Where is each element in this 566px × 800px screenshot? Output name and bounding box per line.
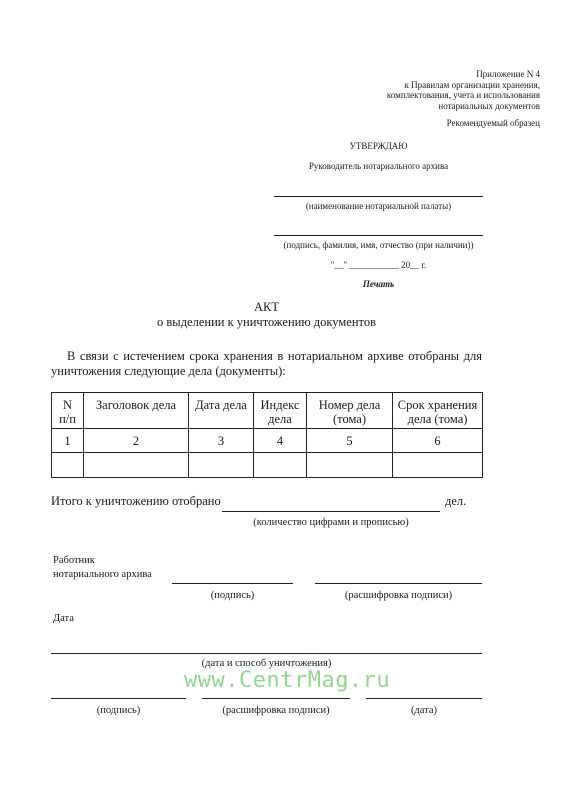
table-cell[interactable] [307, 453, 393, 478]
chamber-name-caption: (наименование нотариальной палаты) [274, 201, 483, 211]
approver-signature-caption: (подпись, фамилия, имя, отчество (при на… [274, 240, 483, 250]
annex-line: комплектования, учета и использования [387, 90, 540, 101]
annex-line: нотариальных документов [387, 101, 540, 112]
seal-label: Печать [274, 279, 483, 289]
total-label: Итого к уничтожению отобрано [51, 494, 221, 509]
chamber-name-line [274, 196, 483, 197]
act-subtitle: о выделении к уничтожению документов [51, 315, 482, 330]
worker-signature-caption: (подпись) [172, 590, 293, 601]
col-header-index: Индексдела [254, 393, 307, 429]
worker-label-line-2: нотариального архива [53, 569, 152, 580]
col-header-retention: Срок хранениядела (тома) [393, 393, 483, 429]
date-label: Дата [53, 613, 74, 624]
total-unit: дел. [445, 494, 466, 509]
annex-header: Приложение N 4 к Правилам организации хр… [387, 69, 540, 111]
column-number: 6 [393, 429, 483, 453]
total-count-line[interactable] [222, 511, 440, 512]
column-number: 3 [189, 429, 254, 453]
final-signature-line[interactable] [51, 698, 186, 699]
column-number: 2 [84, 429, 189, 453]
final-decode-line[interactable] [202, 698, 350, 699]
table-cell[interactable] [52, 453, 84, 478]
date-method-line[interactable] [51, 653, 482, 654]
documents-table: Nп/п Заголовок дела Дата дела Индексдела… [51, 392, 483, 478]
annex-line: Приложение N 4 [387, 69, 540, 80]
col-header-title: Заголовок дела [84, 393, 189, 429]
total-count-caption: (количество цифрами и прописью) [222, 517, 440, 528]
final-date-line[interactable] [366, 698, 482, 699]
col-header-number: Nп/п [52, 393, 84, 429]
final-date-caption: (дата) [366, 705, 482, 716]
approval-date-line: "__" ___________ 20__ г. [274, 260, 483, 270]
worker-decode-caption: (расшифровка подписи) [315, 590, 482, 601]
watermark: www.CentrMag.ru [184, 668, 390, 693]
intro-line-1: В связи с истечением срока хранения в но… [67, 349, 482, 364]
col-header-date: Дата дела [189, 393, 254, 429]
approve-label: УТВЕРЖДАЮ [274, 141, 483, 151]
table-row [52, 453, 483, 478]
final-decode-caption: (расшифровка подписи) [202, 705, 350, 716]
worker-label-line-1: Работник [53, 555, 95, 566]
column-number: 4 [254, 429, 307, 453]
final-signature-caption: (подпись) [51, 705, 186, 716]
intro-line-2: уничтожения следующие дела (документы): [51, 364, 286, 379]
table-header-row: Nп/п Заголовок дела Дата дела Индексдела… [52, 393, 483, 429]
worker-signature-line[interactable] [172, 583, 293, 584]
table-cell[interactable] [254, 453, 307, 478]
table-cell[interactable] [189, 453, 254, 478]
annex-line: к Правилам организации хранения, [387, 80, 540, 91]
archive-head-position: Руководитель нотариального архива [274, 161, 483, 171]
sample-label: Рекомендуемый образец [447, 118, 540, 128]
worker-decode-line[interactable] [315, 583, 482, 584]
table-cell[interactable] [84, 453, 189, 478]
act-title: АКТ [51, 300, 482, 315]
column-numbers-row: 1 2 3 4 5 6 [52, 429, 483, 453]
column-number: 5 [307, 429, 393, 453]
table-cell[interactable] [393, 453, 483, 478]
approver-signature-line [274, 235, 483, 236]
col-header-case-number: Номер дела(тома) [307, 393, 393, 429]
column-number: 1 [52, 429, 84, 453]
